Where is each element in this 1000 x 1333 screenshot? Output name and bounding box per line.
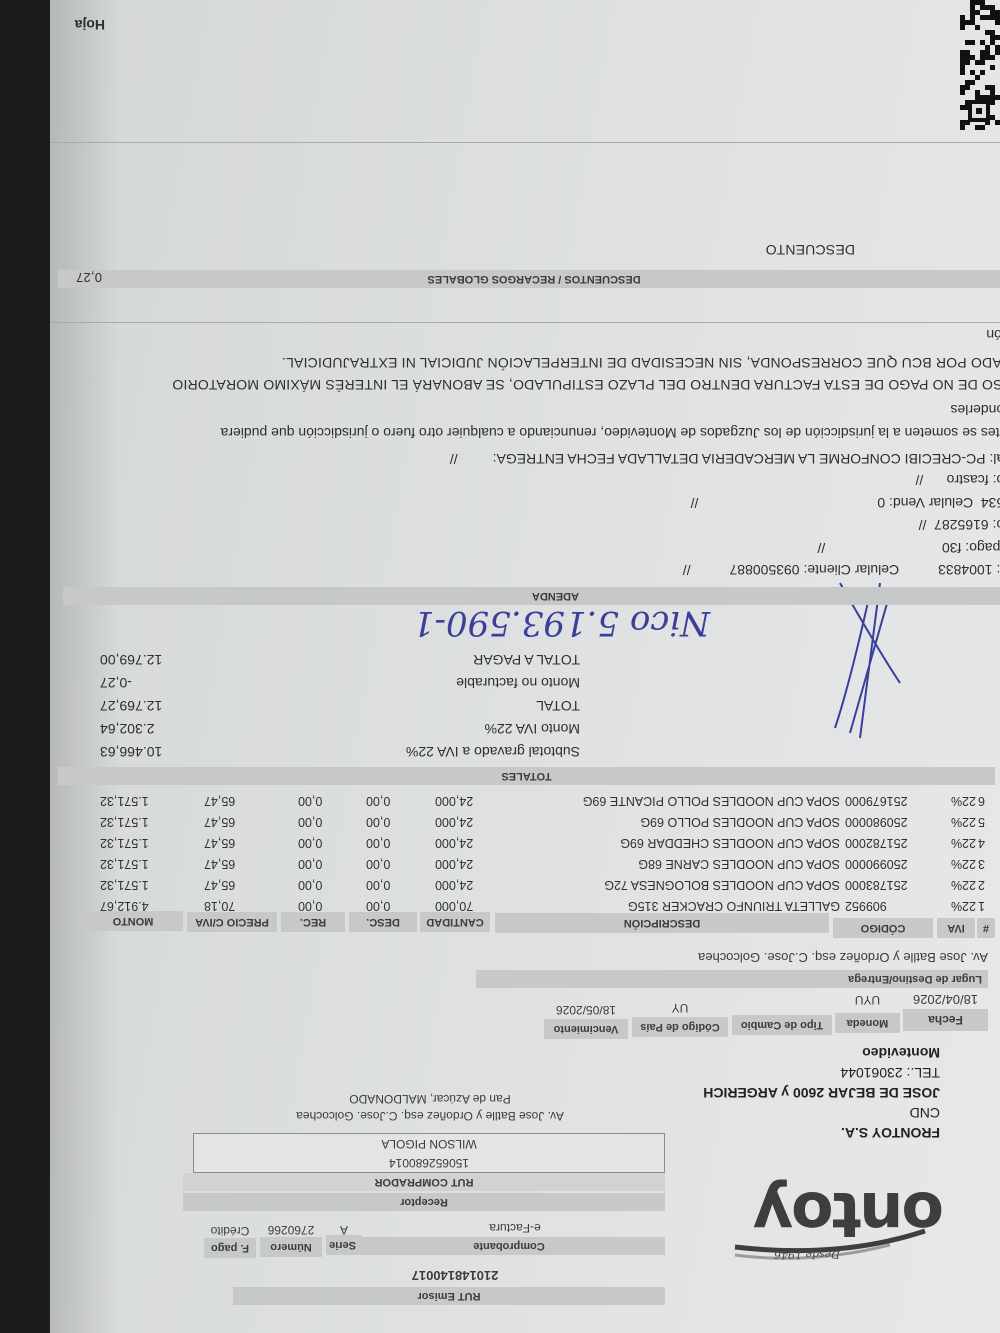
invoice-paper: Hoja Desde 1946 ontoy RUT Emisor 2101481… <box>50 0 1000 1333</box>
totals-line-value: -0,27 <box>100 675 132 691</box>
emisor-block: FRONTOY S.A. CND JOSE DE BEJAR 2600 y AR… <box>680 1043 940 1143</box>
vencimiento-value: 18/05/2026 <box>544 1003 628 1017</box>
col-iva: IVA <box>937 918 975 938</box>
fpago-value: Crédito <box>204 1224 256 1238</box>
cell-precio: 70,18 <box>204 899 292 913</box>
col-monto: MONTO <box>83 911 183 931</box>
col-rec: REC. <box>281 912 345 932</box>
cell-cantidad: 24,000 <box>435 857 505 871</box>
emisor-address: JOSE DE BEJAR 2600 y ARGERICH <box>680 1083 940 1103</box>
table-row: 222%251783000SOPA CUP NOODLES BOLOGNESA … <box>80 872 1000 892</box>
emisor-name: FRONTOY S.A. <box>680 1123 940 1143</box>
cell-monto: 1.571,32 <box>100 878 198 892</box>
destino-label: Lugar de Destino/Entrega <box>476 970 988 988</box>
cell-iva: 22% <box>942 836 976 850</box>
descuento-item-value: 0,27 <box>76 270 102 285</box>
cell-iva: 22% <box>942 878 976 892</box>
receptor-name: WILSON PIGOLA <box>194 1134 664 1153</box>
cell-codigo: 251679000 <box>845 794 940 808</box>
cell-descripcion: SOPA CUP NOODLES CHEDDAR 69G <box>500 836 840 850</box>
cell-cantidad: 70,000 <box>435 899 505 913</box>
adenda-label-text: ADENDA <box>532 590 579 602</box>
serie-label: Serie <box>326 1235 362 1255</box>
cell-descripcion: SOPA CUP NOODLES POLLO 69G <box>500 815 840 829</box>
rut-comprador-label: RUT COMPRADOR <box>183 1173 665 1191</box>
cell-n: 4 <box>978 836 992 850</box>
cell-iva: 22% <box>942 899 976 913</box>
cell-precio: 65,47 <box>204 836 292 850</box>
rut-comprador-value: 150652680014 <box>194 1153 664 1172</box>
totals-line-label: TOTAL <box>536 698 580 714</box>
qr-code-icon <box>958 0 1000 130</box>
receptor-label: Receptor <box>183 1193 665 1211</box>
numero-label: Número <box>260 1237 322 1257</box>
totals-line-value: 2.302,64 <box>100 721 155 737</box>
fecha-value: 18/04/2026 <box>903 992 988 1007</box>
company-logo: Desde 1946 ontoy <box>710 1193 950 1263</box>
cell-n: 1 <box>978 899 992 913</box>
adenda-line: : 534 Celular Vend: 0 // <box>691 495 1000 511</box>
cell-precio: 65,47 <box>204 878 292 892</box>
moneda-value: UYU <box>835 993 900 1007</box>
moneda-label: Moneda <box>835 1013 900 1033</box>
cell-cantidad: 24,000 <box>435 878 505 892</box>
cell-precio: 65,47 <box>204 794 292 808</box>
cell-codigo: 251783000 <box>845 878 940 892</box>
comprobante-value: e-Factura <box>365 1221 665 1235</box>
adenda-line: te: 1004833 Celular Cliente: 093500887 /… <box>683 562 1000 578</box>
col-precio: PRECIO C/IVA <box>187 912 277 932</box>
fecha-label: Fecha <box>903 1009 988 1031</box>
cell-cantidad: 24,000 <box>435 794 505 808</box>
fpago-label: F. pago <box>204 1238 256 1258</box>
adenda-line: nal: PC-CRECIBI CONFORME LA MERCADERIA D… <box>450 451 1000 467</box>
cell-monto: 1.571,32 <box>100 836 198 850</box>
receptor-address-1: Av. Jose Batlle y Ordoñez esq. C.Jose. G… <box>195 1109 665 1123</box>
cell-rec: 0,00 <box>298 794 360 808</box>
items-header: # IVA CÓDIGO DESCRIPCIÓN CANTIDAD DESC. … <box>75 918 995 938</box>
descuento-item-label: DESCUENTO <box>766 242 855 258</box>
emisor-branch: CND <box>680 1103 940 1123</box>
cell-descripcion: SOPA CUP NOODLES POLLO PICANTE 69G <box>500 794 840 808</box>
col-codigo: CÓDIGO <box>833 918 933 938</box>
rut-emisor-label: RUT Emisor <box>233 1287 665 1305</box>
receptor-address-2: Pan de Azúcar, MALDONADO <box>195 1092 665 1106</box>
cell-monto: 1.571,32 <box>100 815 198 829</box>
col-descripcion: DESCRIPCIÓN <box>495 913 829 933</box>
totals-line-label: Subtotal gravado a IVA 22% <box>406 744 580 760</box>
cell-monto: 1.571,32 <box>100 794 198 808</box>
cell-precio: 65,47 <box>204 857 292 871</box>
totals-line-label: Monto no facturable <box>456 675 580 691</box>
cell-iva: 22% <box>942 794 976 808</box>
cell-rec: 0,00 <box>298 836 360 850</box>
table-row: 622%251679000SOPA CUP NOODLES POLLO PICA… <box>80 788 1000 808</box>
handwritten-note: Nico 5.193.590-1 <box>413 603 710 643</box>
logo-wordmark: ontoy <box>755 1178 944 1251</box>
cell-precio: 65,47 <box>204 815 292 829</box>
comprobante-label: Comprobante <box>353 1237 665 1255</box>
totals-line-value: 10.466,63 <box>100 744 162 760</box>
adenda-label: ADENDA <box>63 587 1000 605</box>
cell-monto: 4.912,67 <box>100 899 198 913</box>
rut-emisor-value: 210148140017 <box>245 1268 665 1283</box>
cell-rec: 0,00 <box>298 899 360 913</box>
cell-codigo: 251782000 <box>845 836 940 850</box>
tipo-cambio-label: Tipo de Cambio <box>732 1015 832 1035</box>
cell-cantidad: 24,000 <box>435 815 505 829</box>
cell-rec: 0,00 <box>298 815 360 829</box>
cell-n: 2 <box>978 878 992 892</box>
page-label: Hoja <box>75 17 105 33</box>
cell-n: 6 <box>978 794 992 808</box>
cell-desc: 0,00 <box>366 836 432 850</box>
cell-codigo: 909952 <box>845 899 940 913</box>
vencimiento-label: Vencimiento <box>544 1019 628 1039</box>
cell-rec: 0,00 <box>298 857 360 871</box>
cell-desc: 0,00 <box>366 899 432 913</box>
table-row: 422%251782000SOPA CUP NOODLES CHEDDAR 69… <box>80 830 1000 850</box>
cell-desc: 0,00 <box>366 857 432 871</box>
adenda-line: do: 6165287 // <box>919 517 1000 533</box>
table-row: 322%250990000SOPA CUP NOODLES CARNE 68G2… <box>80 851 1000 871</box>
emisor-city: Montevideo <box>680 1043 940 1063</box>
serie-value: A <box>326 1223 362 1237</box>
cell-codigo: 250990000 <box>845 857 940 871</box>
adenda-line: artes se someten a la jurisdicción de lo… <box>221 425 1000 441</box>
adenda-line: ción <box>986 327 1000 343</box>
cell-n: 3 <box>978 857 992 871</box>
col-desc: DESC. <box>349 912 417 932</box>
totals-line-label: Monto IVA 22% <box>485 721 580 737</box>
cell-desc: 0,00 <box>366 815 432 829</box>
col-n: # <box>977 918 995 938</box>
cell-iva: 22% <box>942 815 976 829</box>
divider <box>50 322 1000 323</box>
adenda-line: ponderles <box>951 402 1000 418</box>
invoice-photo: Hoja Desde 1946 ontoy RUT Emisor 2101481… <box>0 0 1000 1333</box>
totals-line-label: TOTAL A PAGAR <box>473 652 580 668</box>
cell-iva: 22% <box>942 857 976 871</box>
cell-descripcion: SOPA CUP NOODLES CARNE 68G <box>500 857 840 871</box>
table-row: 522%250980000SOPA CUP NOODLES POLLO 69G2… <box>80 809 1000 829</box>
destino-value: Av. Jose Batlle y Ordoñez esq. C.Jose. G… <box>488 950 988 965</box>
adenda-line: ASO DE NO PAGO DE ESTA FACTURA DENTRO DE… <box>172 377 1000 393</box>
receptor-box: 150652680014 WILSON PIGOLA <box>193 1133 665 1173</box>
cell-codigo: 250980000 <box>845 815 940 829</box>
cell-desc: 0,00 <box>366 878 432 892</box>
divider-bottom <box>50 142 1000 143</box>
numero-value: 2760266 <box>260 1223 322 1237</box>
table-row: 122%909952GALLETA TRIUNFO CRACKER 315G70… <box>80 893 1000 913</box>
totales-label: TOTALES <box>58 767 995 785</box>
cell-cantidad: 24,000 <box>435 836 505 850</box>
cell-descripcion: SOPA CUP NOODLES BOLOGNESA 72G <box>500 878 840 892</box>
emisor-phone: TEL.: 23061044 <box>680 1063 940 1083</box>
totals-line-value: 12.769,27 <box>100 698 162 714</box>
descuentos-label: DESCUENTOS / RECARGOS GLOBALES <box>58 270 1000 288</box>
codigo-pais-label: Código de País <box>632 1017 728 1037</box>
cell-n: 5 <box>978 815 992 829</box>
adenda-line: a pago: f30 // <box>817 540 1000 556</box>
totals-line-value: 12.769,00 <box>100 652 162 668</box>
adenda-line: rio: fcastro // <box>916 472 1000 488</box>
cell-monto: 1.571,32 <box>100 857 198 871</box>
cell-desc: 0,00 <box>366 794 432 808</box>
cell-rec: 0,00 <box>298 878 360 892</box>
adenda-line: CADO POR BCU QUE CORRESPONDA, SIN NECESI… <box>282 355 1000 371</box>
col-cantidad: CANTIDAD <box>420 912 490 932</box>
cell-descripcion: GALLETA TRIUNFO CRACKER 315G <box>500 899 840 913</box>
codigo-pais-value: UY <box>632 1001 728 1015</box>
